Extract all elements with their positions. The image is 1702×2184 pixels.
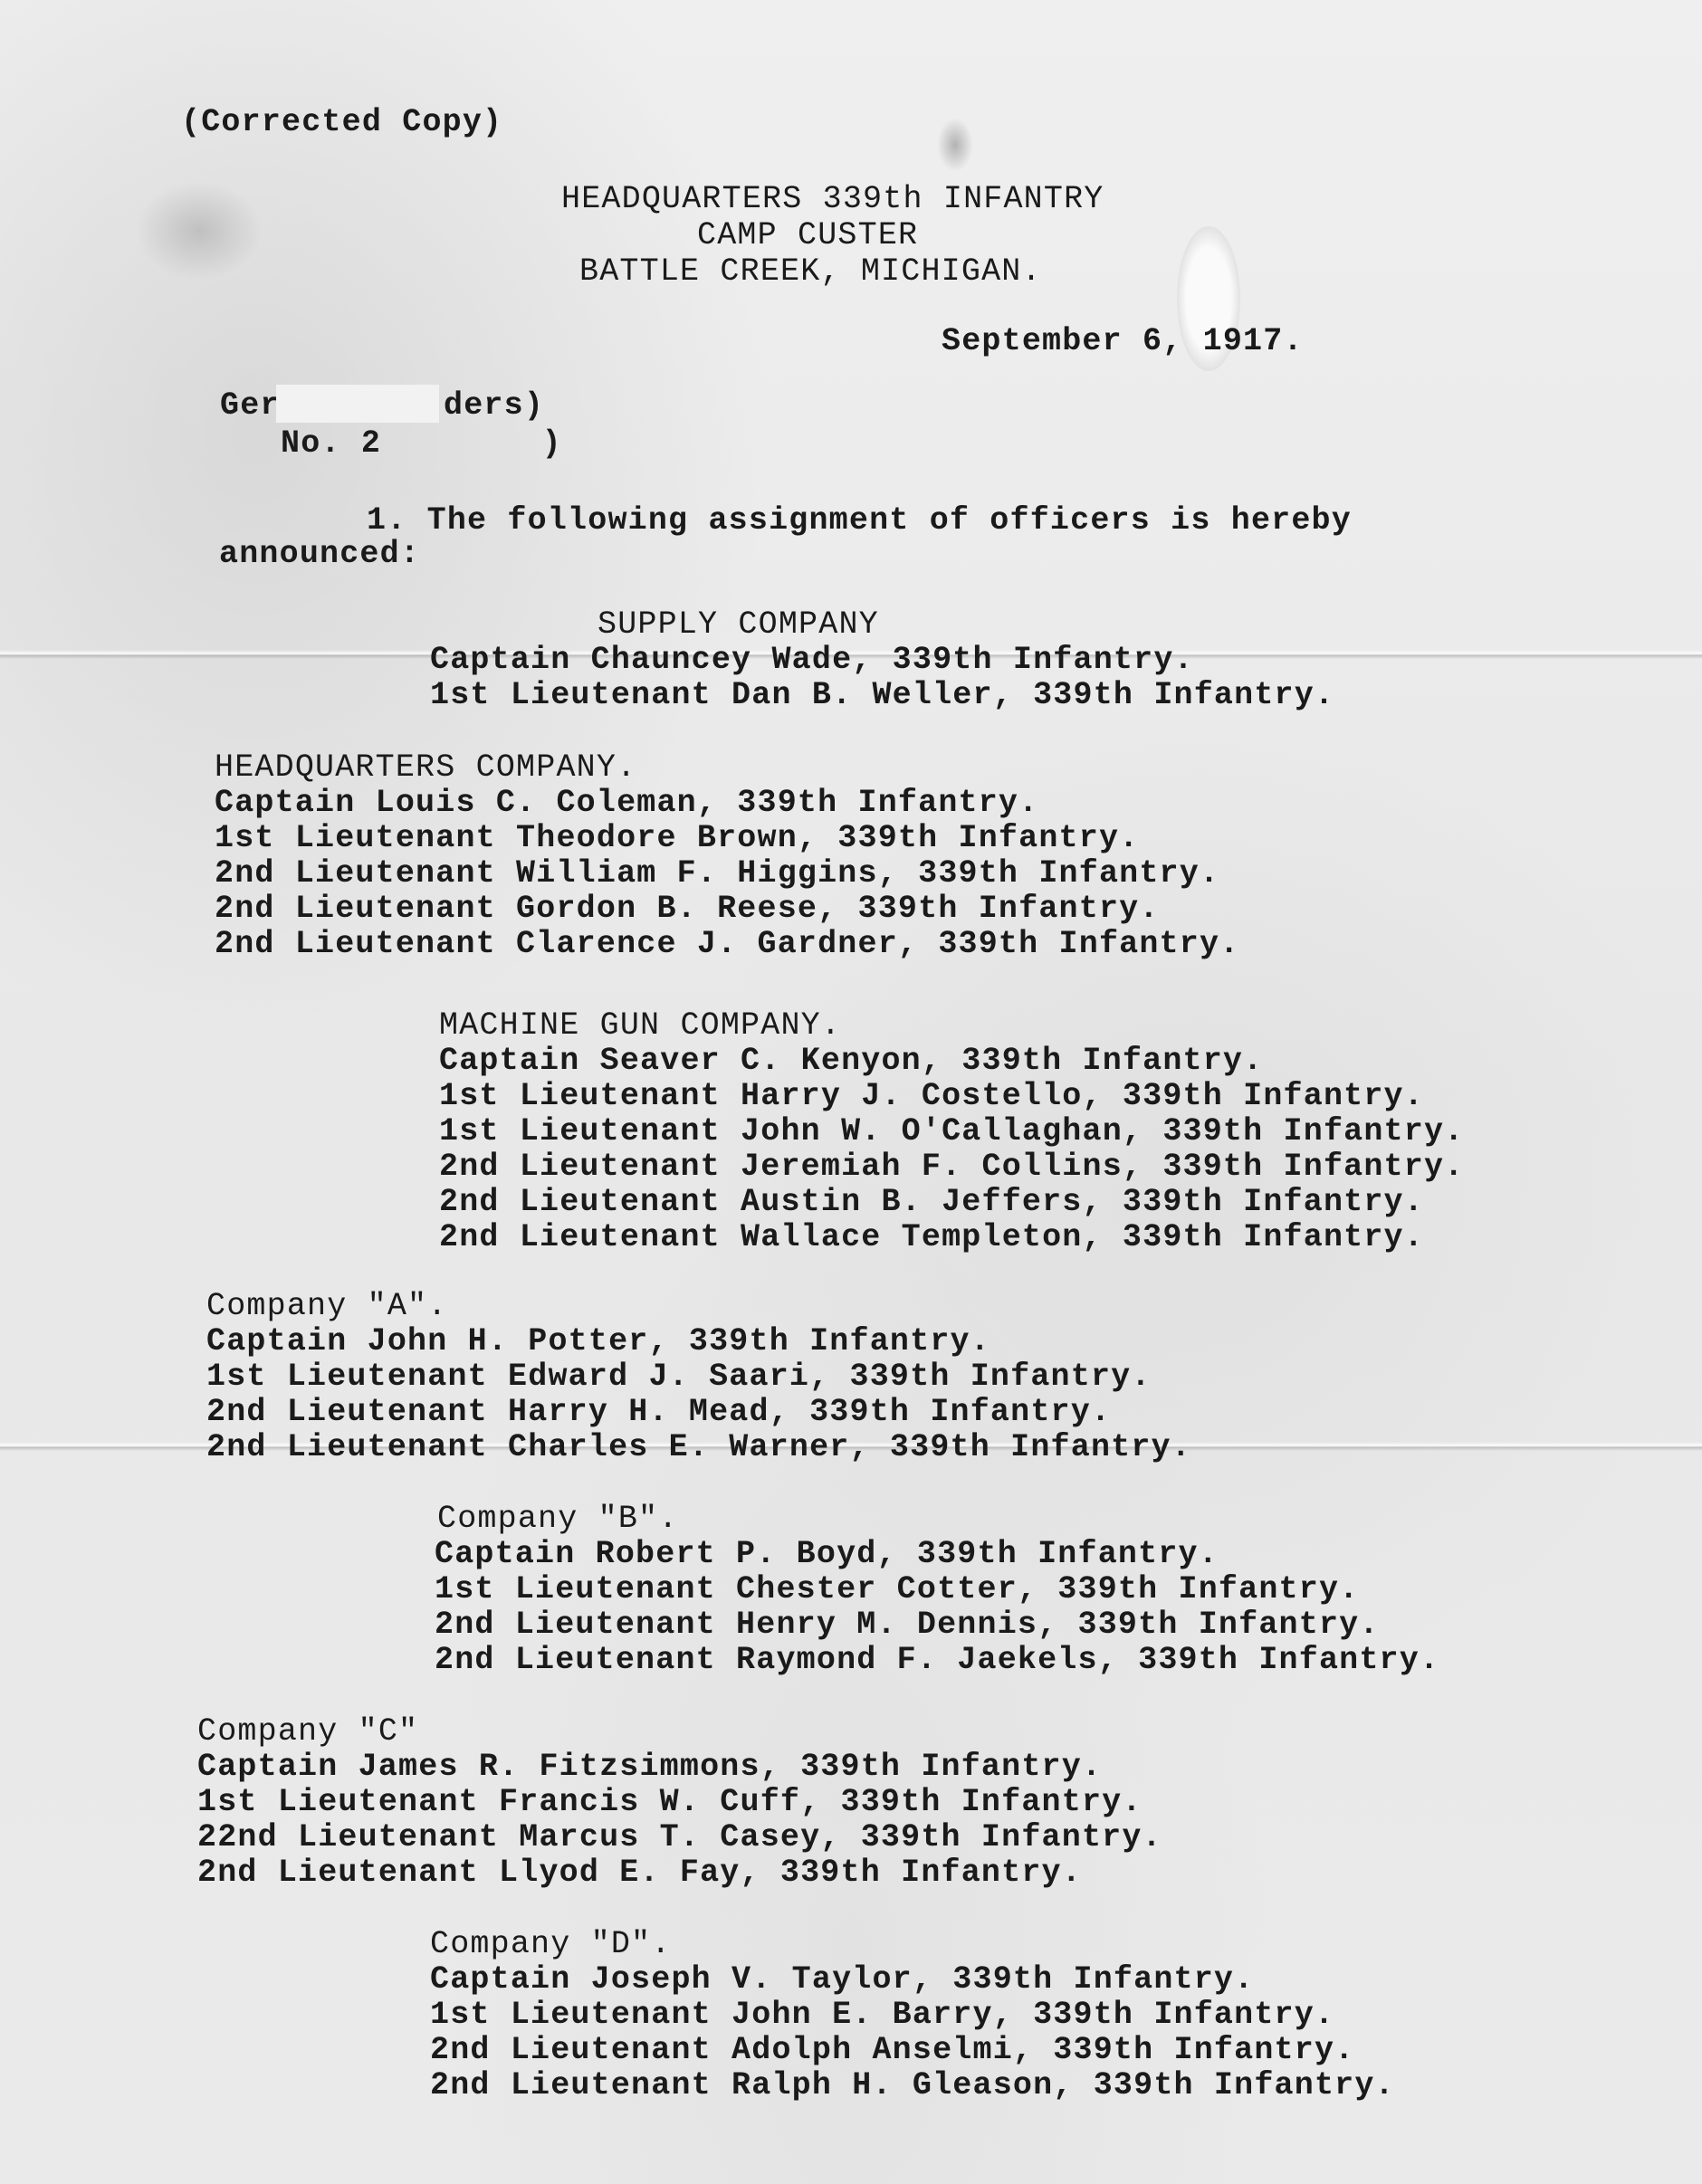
officer-entry: 2nd Lieutenant Raymond F. Jaekels, 339th…: [435, 1642, 1439, 1678]
header-line-2: CAMP CUSTER: [697, 217, 918, 253]
corrected-copy-note: (Corrected Copy): [181, 104, 502, 140]
officer-entry: 2nd Lieutenant Llyod E. Fay, 339th Infan…: [197, 1855, 1082, 1891]
section-heading: Company "B".: [437, 1501, 678, 1537]
section-heading: Company "A".: [206, 1288, 447, 1324]
officer-entry: 2nd Lieutenant Charles E. Warner, 339th …: [206, 1429, 1191, 1465]
officer-entry: Captain Robert P. Boyd, 339th Infantry.: [435, 1536, 1219, 1572]
header-line-3: BATTLE CREEK, MICHIGAN.: [579, 253, 1042, 290]
officer-entry: 2nd Lieutenant Henry M. Dennis, 339th In…: [435, 1607, 1380, 1643]
officer-entry: 2nd Lieutenant Austin B. Jeffers, 339th …: [439, 1184, 1424, 1220]
officer-entry: 1st Lieutenant Francis W. Cuff, 339th In…: [197, 1784, 1143, 1820]
officer-entry: 1st Lieutenant Harry J. Costello, 339th …: [439, 1078, 1424, 1114]
officer-entry: 1st Lieutenant Dan B. Weller, 339th Infa…: [430, 677, 1334, 713]
officer-entry: Captain James R. Fitzsimmons, 339th Infa…: [197, 1749, 1102, 1785]
orders-title-end: ders): [444, 387, 544, 424]
section-heading: Company "D".: [430, 1926, 671, 1962]
officer-entry: 2nd Lieutenant Jeremiah F. Collins, 339t…: [439, 1149, 1464, 1185]
officer-entry: 2nd Lieutenant Wallace Templeton, 339th …: [439, 1219, 1424, 1255]
officer-entry: 2nd Lieutenant Ralph H. Gleason, 339th I…: [430, 2067, 1395, 2103]
officer-entry: Captain Seaver C. Kenyon, 339th Infantry…: [439, 1043, 1263, 1079]
paragraph-line-2: announced:: [219, 536, 420, 572]
officer-entry: 2nd Lieutenant Harry H. Mead, 339th Infa…: [206, 1394, 1111, 1430]
document-date: September 6, 1917.: [942, 323, 1304, 359]
officer-entry: 2nd Lieutenant Clarence J. Gardner, 339t…: [215, 926, 1239, 962]
officer-entry: 1st Lieutenant Theodore Brown, 339th Inf…: [215, 820, 1139, 856]
paragraph-line-1: 1. The following assignment of officers …: [367, 502, 1352, 539]
officer-entry: 2nd Lieutenant Gordon B. Reese, 339th In…: [215, 891, 1160, 927]
officer-entry: 2nd Lieutenant Adolph Anselmi, 339th Inf…: [430, 2032, 1354, 2068]
officer-entry: Captain John H. Potter, 339th Infantry.: [206, 1323, 990, 1359]
ink-blot: [136, 181, 263, 281]
orders-number: No. 2 ): [281, 425, 562, 462]
header-line-1: HEADQUARTERS 339th INFANTRY: [561, 181, 1104, 217]
section-heading: Company "C": [197, 1713, 418, 1750]
section-heading: MACHINE GUN COMPANY.: [439, 1007, 841, 1044]
torn-paper-patch: [276, 385, 439, 423]
officer-entry: 2nd Lieutenant William F. Higgins, 339th…: [215, 855, 1219, 892]
officer-entry: 1st Lieutenant Chester Cotter, 339th Inf…: [435, 1571, 1359, 1607]
officer-entry: 22nd Lieutenant Marcus T. Casey, 339th I…: [197, 1819, 1162, 1855]
section-heading: HEADQUARTERS COMPANY.: [215, 749, 636, 786]
officer-entry: 1st Lieutenant John W. O'Callaghan, 339t…: [439, 1113, 1464, 1149]
section-heading: SUPPLY COMPANY: [598, 606, 879, 643]
orders-title-start: Ger: [220, 387, 281, 424]
officer-entry: Captain Chauncey Wade, 339th Infantry.: [430, 642, 1194, 678]
officer-entry: Captain Louis C. Coleman, 339th Infantry…: [215, 785, 1038, 821]
officer-entry: 1st Lieutenant John E. Barry, 339th Infa…: [430, 1997, 1334, 2033]
officer-entry: 1st Lieutenant Edward J. Saari, 339th In…: [206, 1359, 1152, 1395]
ink-blot: [937, 118, 973, 172]
officer-entry: Captain Joseph V. Taylor, 339th Infantry…: [430, 1961, 1254, 1998]
